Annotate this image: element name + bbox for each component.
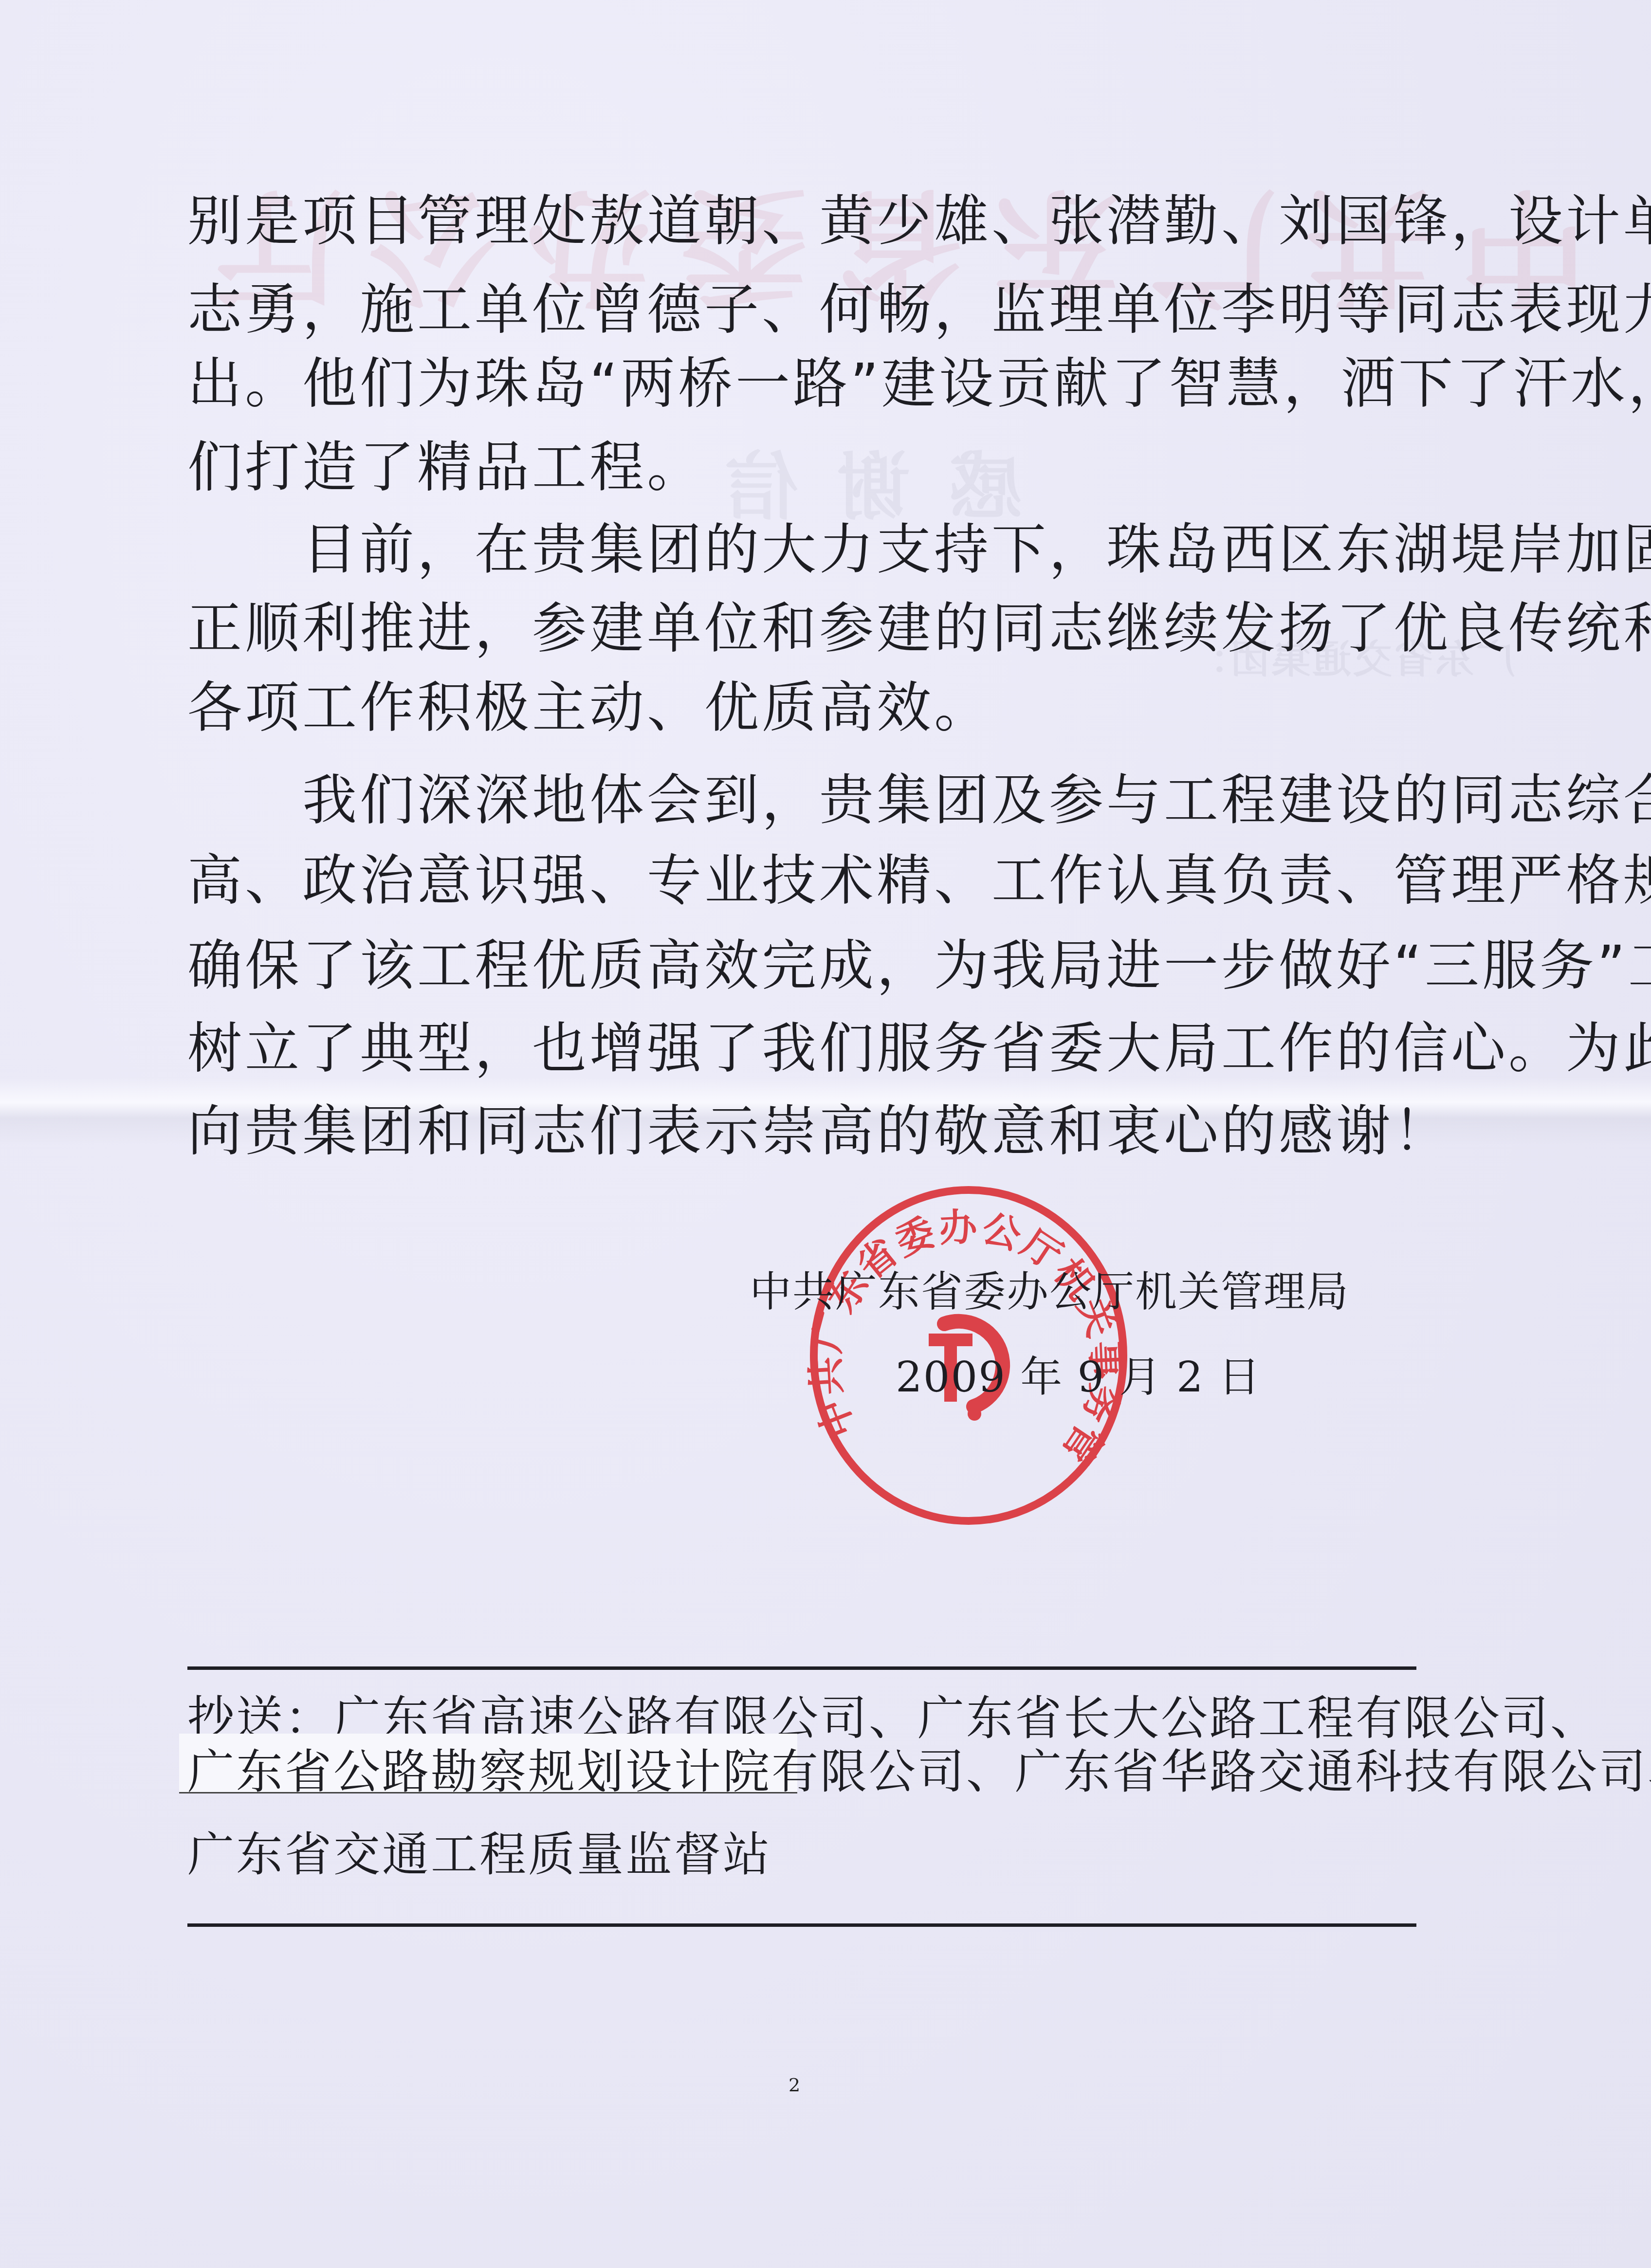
cc-line-2: 广东省公路勘察规划设计院有限公司、广东省华路交通科技有限公司、: [187, 1740, 1651, 1803]
body-line: 正顺利推进，参建单位和参建的同志继续发扬了优良传统和作风，: [187, 595, 1404, 663]
body-line: 目前，在贵集团的大力支持下，珠岛西区东湖堤岸加固工程: [187, 516, 1404, 584]
body-line: 确保了该工程优质高效完成，为我局进一步做好“三服务”工作: [187, 932, 1404, 1000]
body-line: 各项工作积极主动、优质高效。: [187, 674, 1404, 742]
scanned-letter-page: 中共广东省委办公厅 感谢信 广东省交通集团： 别是项目管理处敖道朝、黄少雄、张潜…: [0, 0, 1651, 2268]
page-number: 2: [789, 2074, 800, 2096]
cc-top-rule: [187, 1666, 1416, 1670]
body-line: 我们深深地体会到，贵集团及参与工程建设的同志综合素质: [187, 767, 1404, 835]
body-line: 们打造了精品工程。: [187, 434, 1404, 502]
body-line: 树立了典型，也增强了我们服务省委大局工作的信心。为此，特: [187, 1015, 1404, 1083]
body-line: 别是项目管理处敖道朝、黄少雄、张潜勤、刘国锋，设计单位万: [187, 187, 1404, 256]
signature-date: 2009 年 9 月 2 日: [896, 1351, 1261, 1404]
body-line: 向贵集团和同志们表示崇高的敬意和衷心的感谢！: [187, 1097, 1404, 1166]
body-line: 出。他们为珠岛“两桥一路”建设贡献了智慧，洒下了汗水，他: [187, 350, 1404, 418]
body-line: 高、政治意识强、专业技术精、工作认真负责、管理严格规范，: [187, 847, 1404, 915]
body-line: 志勇，施工单位曾德子、何畅，监理单位李明等同志表现尤为突: [187, 276, 1404, 344]
signature-organization: 中共广东省委办公厅机关管理局: [750, 1265, 1349, 1319]
cc-bottom-rule: [187, 1923, 1416, 1927]
cc-line-3: 广东省交通工程质量监督站: [187, 1823, 771, 1886]
